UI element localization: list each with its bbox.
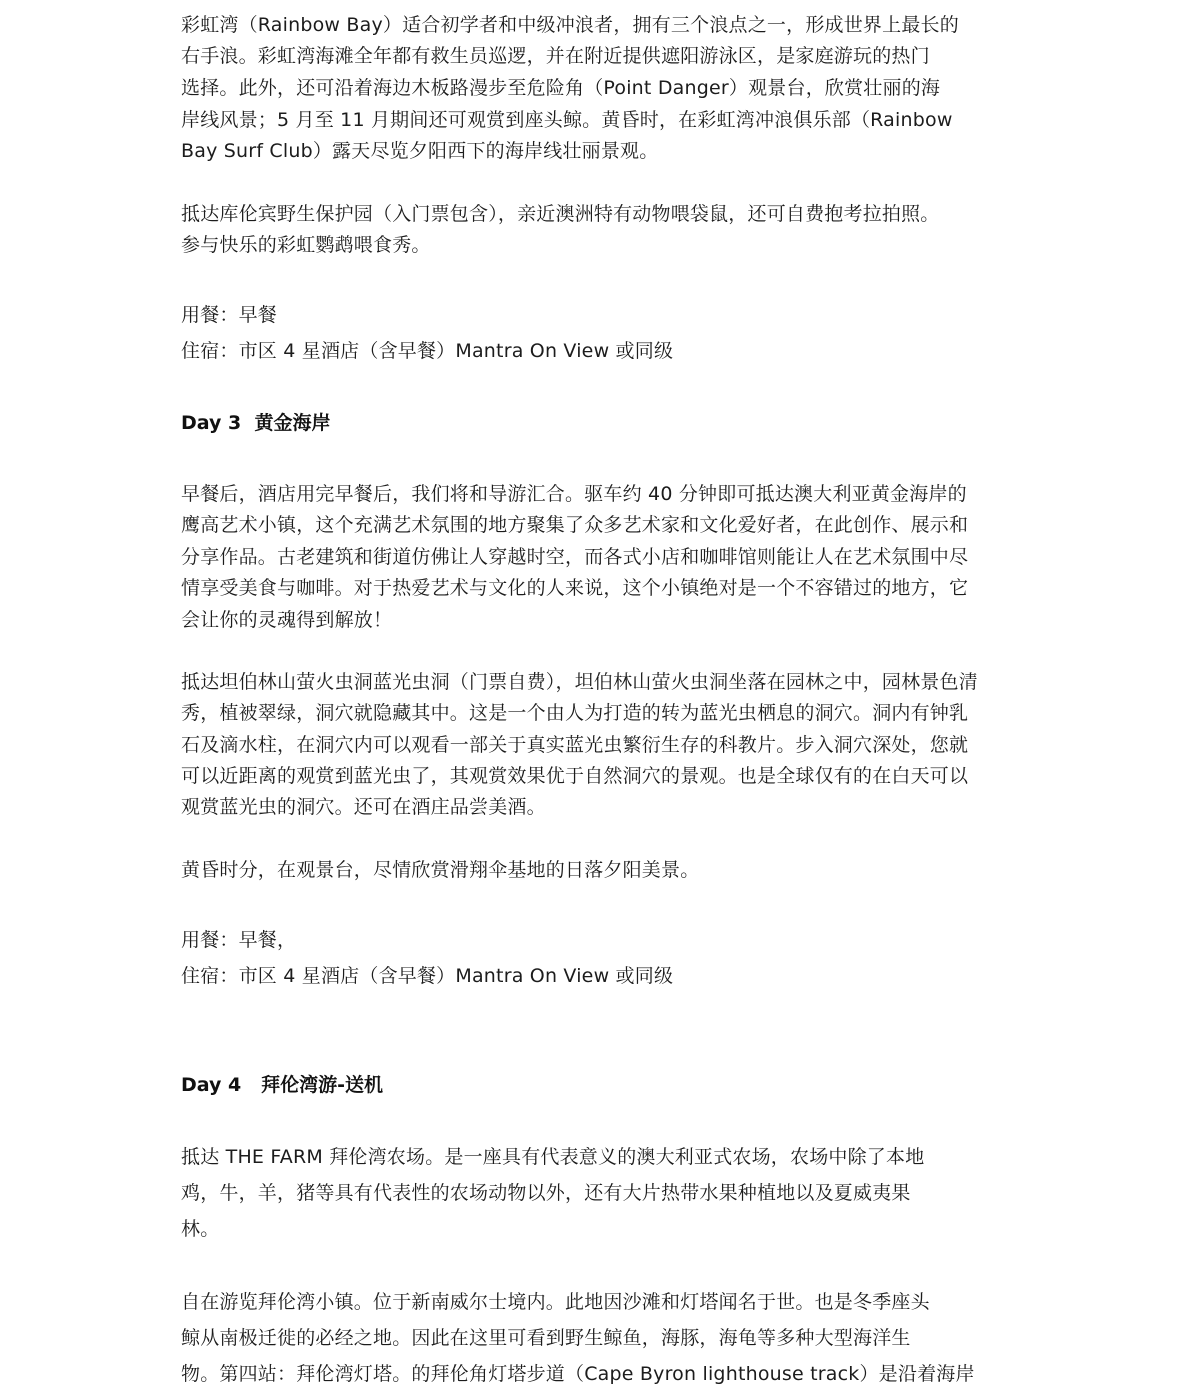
lodging-info: 住宿：市区 4 星酒店（含早餐）Mantra On View 或同级 (181, 339, 673, 363)
paragraph-line: 情享受美食与咖啡。对于热爱艺术与文化的人来说，这个小镇绝对是一个不容错过的地方，… (181, 576, 968, 600)
paragraph-line: 物。第四站：拜伦湾灯塔。的拜伦角灯塔步道（Cape Byron lighthou… (181, 1362, 975, 1386)
paragraph-line: 会让你的灵魂得到解放！ (181, 608, 392, 632)
paragraph-line: 秀，植被翠绿，洞穴就隐藏其中。这是一个由人为打造的转为蓝光虫栖息的洞穴。洞内有钟… (181, 701, 968, 725)
paragraph-line: 参与快乐的彩虹鹦鹉喂食秀。 (181, 233, 431, 257)
paragraph-line: 鸡，牛，羊，猪等具有代表性的农场动物以外，还有大片热带水果种植地以及夏威夷果 (181, 1181, 911, 1205)
day3-heading: Day 3 黄金海岸 (181, 411, 330, 435)
paragraph-line: 自在游览拜伦湾小镇。位于新南威尔士境内。此地因沙滩和灯塔闻名于世。也是冬季座头 (181, 1290, 930, 1314)
paragraph-line: 彩虹湾（Rainbow Bay）适合初学者和中级冲浪者，拥有三个浪点之一，形成世… (181, 13, 959, 37)
paragraph-line: 鲸从南极迁徙的必经之地。因此在这里可看到野生鲸鱼，海豚，海龟等多种大型海洋生 (181, 1326, 911, 1350)
paragraph-line: 选择。此外，还可沿着海边木板路漫步至危险角（Point Danger）观景台，欣… (181, 76, 940, 100)
paragraph-line: 鹰高艺术小镇，这个充满艺术氛围的地方聚集了众多艺术家和文化爱好者，在此创作、展示… (181, 513, 968, 537)
paragraph-line: 岸线风景；5 月至 11 月期间还可观赏到座头鲸。黄昏时，在彩虹湾冲浪俱乐部（R… (181, 108, 953, 132)
paragraph-line: 黄昏时分，在观景台，尽情欣赏滑翔伞基地的日落夕阳美景。 (181, 858, 699, 882)
document-page: 彩虹湾（Rainbow Bay）适合初学者和中级冲浪者，拥有三个浪点之一，形成世… (0, 0, 1200, 1391)
paragraph-line: 石及滴水柱，在洞穴内可以观看一部关于真实蓝光虫繁衍生存的科教片。步入洞穴深处，您… (181, 733, 968, 757)
paragraph-line: 抵达库伦宾野生保护园（入门票包含），亲近澳洲特有动物喂袋鼠，还可自费抱考拉拍照。 (181, 202, 940, 226)
meals-info: 用餐：早餐 (181, 303, 277, 327)
paragraph-line: 抵达坦伯林山萤火虫洞蓝光虫洞（门票自费），坦伯林山萤火虫洞坐落在园林之中，园林景… (181, 670, 978, 694)
paragraph-line: 早餐后，酒店用完早餐后，我们将和导游汇合。驱车约 40 分钟即可抵达澳大利亚黄金… (181, 482, 967, 506)
paragraph-line: 观赏蓝光虫的洞穴。还可在酒庄品尝美酒。 (181, 795, 546, 819)
paragraph-line: 分享作品。古老建筑和街道仿佛让人穿越时空，而各式小店和咖啡馆则能让人在艺术氛围中… (181, 545, 968, 569)
paragraph-line: 右手浪。彩虹湾海滩全年都有救生员巡逻，并在附近提供遮阳游泳区，是家庭游玩的热门 (181, 44, 930, 68)
lodging-info: 住宿：市区 4 星酒店（含早餐）Mantra On View 或同级 (181, 964, 673, 988)
paragraph-line: 可以近距离的观赏到蓝光虫了，其观赏效果优于自然洞穴的景观。也是全球仅有的在白天可… (181, 764, 968, 788)
day4-heading: Day 4 拜伦湾游-送机 (181, 1073, 383, 1097)
paragraph-line: Bay Surf Club）露天尽览夕阳西下的海岸线壮丽景观。 (181, 139, 658, 163)
paragraph-line: 林。 (181, 1217, 219, 1241)
meals-info: 用餐：早餐， (181, 928, 296, 952)
paragraph-line: 抵达 THE FARM 拜伦湾农场。是一座具有代表意义的澳大利亚式农场，农场中除… (181, 1145, 924, 1169)
